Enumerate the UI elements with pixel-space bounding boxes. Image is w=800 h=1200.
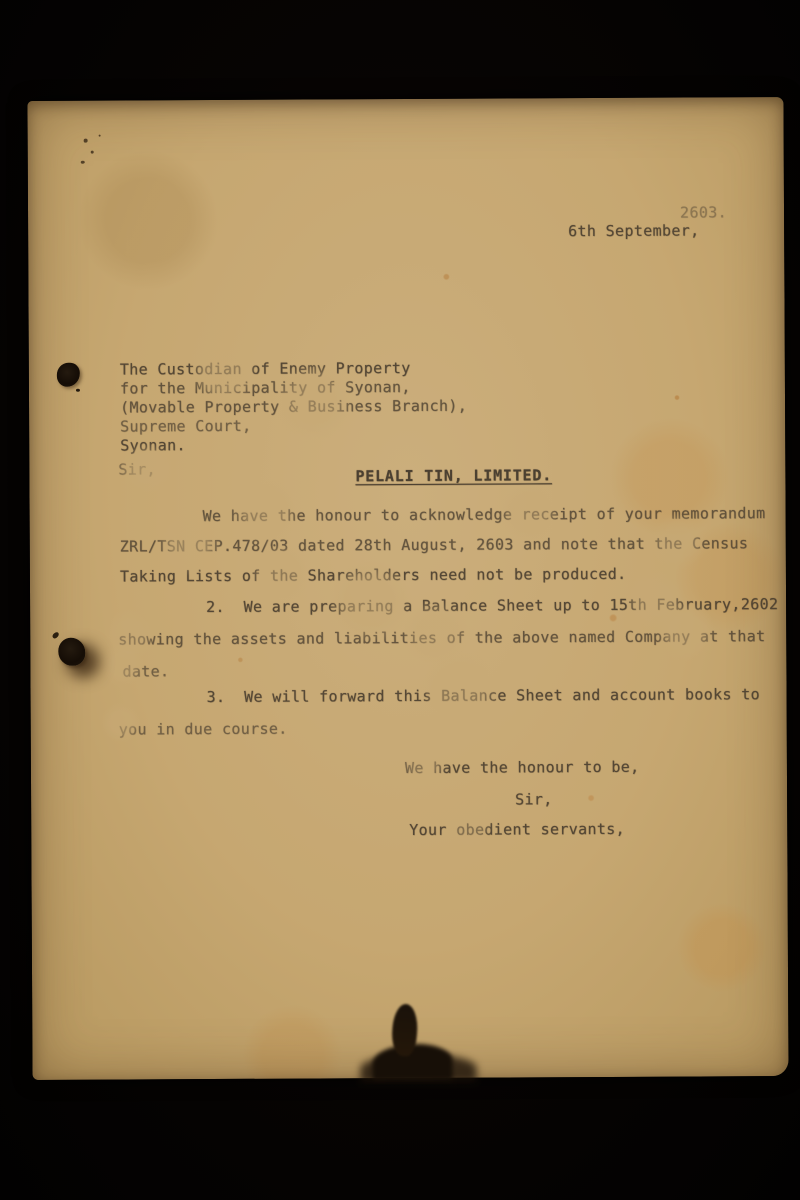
fade-patches-overlay — [27, 97, 788, 1080]
stain-speck — [99, 135, 101, 137]
letter-date: 6th September, — [568, 221, 699, 240]
body-line: showing the assets and liabilities of th… — [118, 627, 765, 648]
paper-tear — [360, 1002, 476, 1081]
stain-speck — [91, 151, 94, 154]
salutation: Sir, — [118, 460, 156, 478]
stain-speck — [81, 161, 85, 164]
body-line: 2. We are preparing a Balance Sheet up t… — [206, 595, 778, 616]
body-line: Taking Lists of the Shareholders need no… — [120, 565, 627, 586]
recipient-line: (Movable Property & Business Branch), — [120, 397, 467, 417]
body-line: date. — [122, 662, 169, 680]
body-line: 3. We will forward this Balance Sheet an… — [207, 685, 761, 706]
ink-speck — [51, 631, 60, 639]
body-line: you in due course. — [119, 720, 288, 739]
recipient-line: Syonan. — [120, 436, 186, 454]
letter-year: 2603. — [680, 203, 727, 221]
photo-background: 2603. 6th September, The Custodian of En… — [0, 0, 800, 1200]
recipient-line: for the Municipality of Syonan, — [120, 378, 411, 398]
letter-page: 2603. 6th September, The Custodian of En… — [27, 97, 788, 1080]
closing-line: Sir, — [515, 790, 553, 808]
body-line: ZRL/TSN CEP.478/03 dated 28th August, 26… — [120, 534, 749, 555]
ink-blot — [58, 638, 85, 666]
closing-line: We have the honour to be, — [405, 758, 640, 777]
stain-speck — [84, 139, 88, 143]
subject-title: PELALI TIN, LIMITED. — [355, 466, 552, 485]
body-line: We have the honour to acknowledge receip… — [203, 504, 766, 525]
recipient-line: Supreme Court, — [120, 417, 251, 436]
closing-line: Your obedient servants, — [409, 820, 625, 839]
ink-blot — [57, 363, 80, 387]
ink-speck — [76, 389, 80, 392]
recipient-line: The Custodian of Enemy Property — [120, 359, 411, 379]
